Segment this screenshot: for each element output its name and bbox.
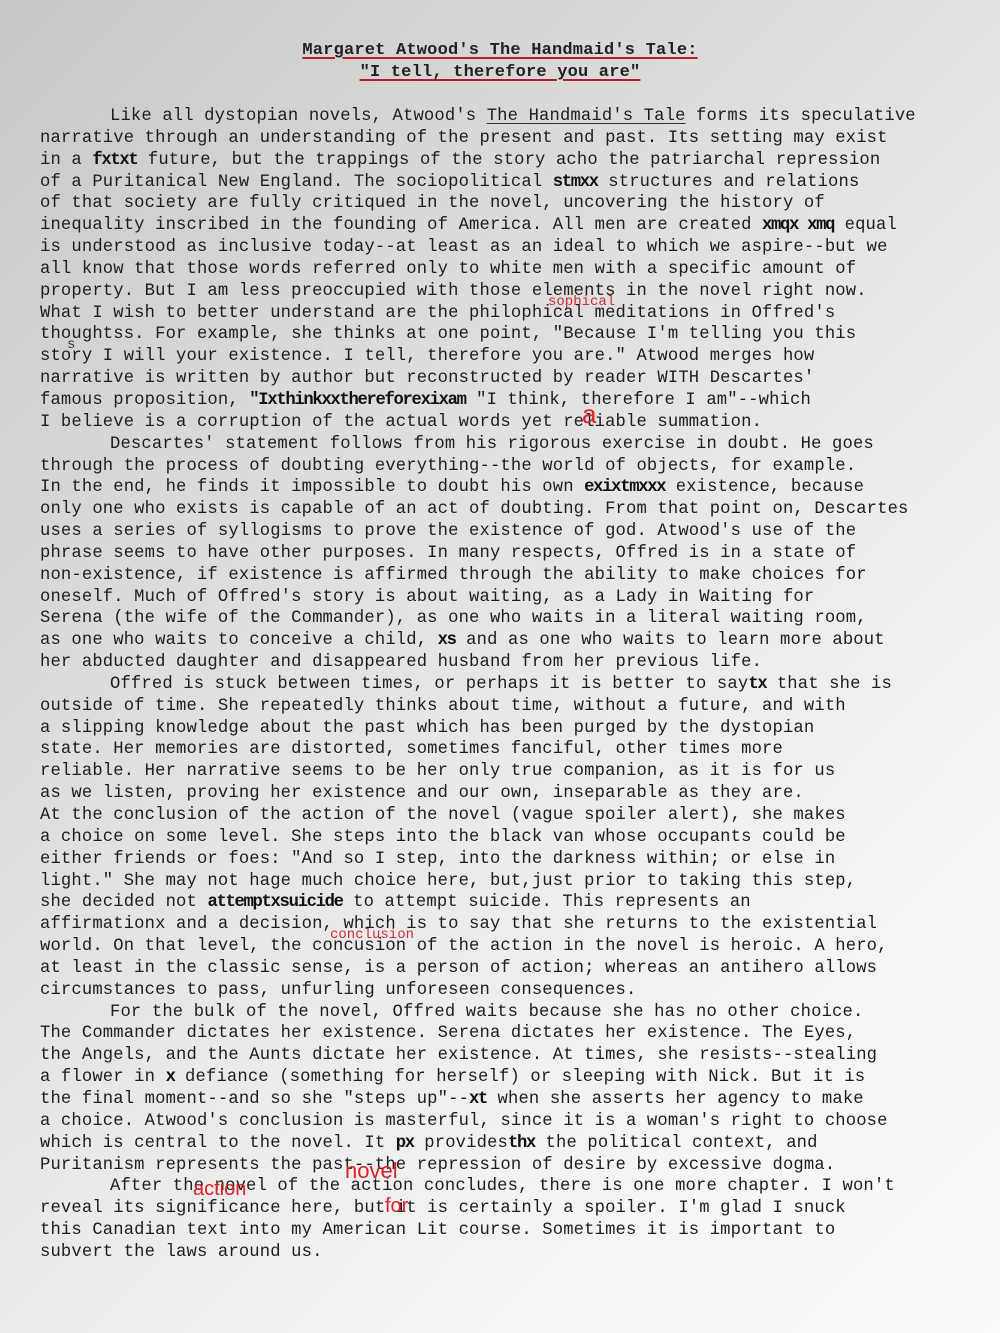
text-segment: circumstances to pass, unfurling unfores… xyxy=(40,981,636,1000)
text-segment: structures and relations xyxy=(598,173,860,192)
text-segment: For the bulk of the novel, Offred waits … xyxy=(110,1003,863,1022)
text-segment: Serena (the wife of the Commander), as o… xyxy=(40,609,867,628)
text-line: uses a series of syllogisms to prove the… xyxy=(40,521,980,543)
text-segment: inequality inscribed in the founding of … xyxy=(40,216,762,235)
text-line: What I wish to better understand are the… xyxy=(40,303,980,325)
text-segment: only one who exists is capable of an act… xyxy=(40,500,909,519)
text-segment: as one who waits to conceive a child, xyxy=(40,631,438,650)
text-segment: narrative through an understanding of th… xyxy=(40,129,888,148)
text-line: narrative through an understanding of th… xyxy=(40,128,980,150)
text-line: oneself. Much of Offred's story is about… xyxy=(40,587,980,609)
text-segment: At the conclusion of the action of the n… xyxy=(40,806,846,825)
text-line: world. On that level, the concusion of t… xyxy=(40,936,980,958)
text-segment: when she asserts her agency to make xyxy=(487,1090,864,1109)
text-segment: of that society are fully critiqued in t… xyxy=(40,194,825,213)
text-segment: world. On that level, the concusion of t… xyxy=(40,937,888,956)
text-line: The Commander dictates her existence. Se… xyxy=(40,1023,980,1045)
text-segment: the final moment--and so she "steps up"-… xyxy=(40,1090,469,1109)
text-segment: property. But I am less preoccupied with… xyxy=(40,282,867,301)
text-line: Offred is stuck between times, or perhap… xyxy=(40,674,980,696)
text-line: subvert the laws around us. xyxy=(40,1242,980,1264)
struck-out-text: xs xyxy=(438,631,456,650)
struck-out-text: stmxx xyxy=(553,173,598,192)
text-line: property. But I am less preoccupied with… xyxy=(40,281,980,303)
text-line: state. Her memories are distorted, somet… xyxy=(40,739,980,761)
text-segment: this Canadian text into my American Lit … xyxy=(40,1221,835,1240)
typed-page: Margaret Atwood's The Handmaid's Tale: "… xyxy=(0,0,1000,1333)
text-segment: phrase seems to have other purposes. In … xyxy=(40,544,856,563)
text-line: circumstances to pass, unfurling unfores… xyxy=(40,980,980,1002)
text-line: she decided not attemptxsuicide to attem… xyxy=(40,892,980,914)
text-line: phrase seems to have other purposes. In … xyxy=(40,543,980,565)
text-segment: equal xyxy=(834,216,897,235)
text-line: of that society are fully critiqued in t… xyxy=(40,193,980,215)
text-segment: in a xyxy=(40,151,92,170)
text-line: her abducted daughter and disappeared hu… xyxy=(40,652,980,674)
text-line: of a Puritanical New England. The sociop… xyxy=(40,172,980,194)
text-line: outside of time. She repeatedly thinks a… xyxy=(40,696,980,718)
text-line: light." She may not hage much choice her… xyxy=(40,871,980,893)
text-segment: is understood as inclusive today--at lea… xyxy=(40,238,888,257)
text-line: story I will your existence. I tell, the… xyxy=(40,346,980,368)
title-block: Margaret Atwood's The Handmaid's Tale: "… xyxy=(0,40,1000,84)
struck-out-text: exixtmxxx xyxy=(584,478,665,497)
text-segment: What I wish to better understand are the… xyxy=(40,304,835,323)
text-segment: story I will your existence. I tell, the… xyxy=(40,347,814,366)
text-segment: the Angels, and the Aunts dictate her ex… xyxy=(40,1046,877,1065)
text-segment: "I think, therefore I am"--which xyxy=(466,391,811,410)
text-segment: In the end, he finds it impossible to do… xyxy=(40,478,584,497)
text-line: as we listen, proving her existence and … xyxy=(40,783,980,805)
text-segment: of a Puritanical New England. The sociop… xyxy=(40,173,553,192)
text-line: At the conclusion of the action of the n… xyxy=(40,805,980,827)
text-segment: I believe is a corruption of the actual … xyxy=(40,413,762,432)
struck-out-text: xt xyxy=(469,1090,487,1109)
text-line: inequality inscribed in the founding of … xyxy=(40,215,980,237)
text-segment: as we listen, proving her existence and … xyxy=(40,784,804,803)
text-segment: either friends or foes: "And so I step, … xyxy=(40,850,835,869)
essay-body: Like all dystopian novels, Atwood's The … xyxy=(40,106,980,1264)
text-segment: future, but the trappings of the story a… xyxy=(137,151,880,170)
text-line: in a fxtxt future, but the trappings of … xyxy=(40,150,980,172)
struck-out-text: "Ixthinkxxthereforexixam xyxy=(249,391,465,410)
text-segment: the political context, and xyxy=(535,1134,818,1153)
text-segment: all know that those words referred only … xyxy=(40,260,856,279)
text-segment: forms its speculative xyxy=(686,107,916,126)
text-line: is understood as inclusive today--at lea… xyxy=(40,237,980,259)
text-line: a flower in x defiance (something for he… xyxy=(40,1067,980,1089)
text-line: all know that those words referred only … xyxy=(40,259,980,281)
text-segment: existence, because xyxy=(665,478,864,497)
essay-subtitle: "I tell, therefore you are" xyxy=(0,62,1000,84)
text-line: only one who exists is capable of an act… xyxy=(40,499,980,521)
annotation-action: action xyxy=(193,1179,246,1199)
text-segment: reliable. Her narrative seems to be her … xyxy=(40,762,835,781)
struck-out-text: px xyxy=(396,1134,414,1153)
text-line: a choice on some level. She steps into t… xyxy=(40,827,980,849)
text-segment: thoughtss. For example, she thinks at on… xyxy=(40,325,856,344)
text-line: which is central to the novel. It px pro… xyxy=(40,1133,980,1155)
text-segment: Puritanism represents the past--the repr… xyxy=(40,1156,835,1175)
text-segment: subvert the laws around us. xyxy=(40,1243,323,1262)
text-segment: state. Her memories are distorted, somet… xyxy=(40,740,783,759)
text-segment: narrative is written by author but recon… xyxy=(40,369,814,388)
text-segment: Offred is stuck between times, or perhap… xyxy=(110,675,748,694)
text-line: at least in the classic sense, is a pers… xyxy=(40,958,980,980)
text-line: a slipping knowledge about the past whic… xyxy=(40,718,980,740)
struck-out-text: tx xyxy=(748,675,766,694)
text-segment: and as one who waits to learn more about xyxy=(456,631,885,650)
text-line: the final moment--and so she "steps up"-… xyxy=(40,1089,980,1111)
text-segment: a choice on some level. She steps into t… xyxy=(40,828,846,847)
text-line: I believe is a corruption of the actual … xyxy=(40,412,980,434)
text-line: non-existence, if existence is affirmed … xyxy=(40,565,980,587)
text-segment: her abducted daughter and disappeared hu… xyxy=(40,653,762,672)
annotation-sophical: sophical xyxy=(548,295,615,309)
text-segment: affirmationx and a decision, which is to… xyxy=(40,915,877,934)
struck-out-text: attemptxsuicide xyxy=(207,893,342,912)
text-line: thoughtss. For example, she thinks at on… xyxy=(40,324,980,346)
annotation-for: for xyxy=(385,1196,408,1216)
text-line: In the end, he finds it impossible to do… xyxy=(40,477,980,499)
text-line: Descartes' statement follows from his ri… xyxy=(40,434,980,456)
text-line: through the process of doubting everythi… xyxy=(40,456,980,478)
text-segment: a flower in xyxy=(40,1068,166,1087)
text-segment: that she is xyxy=(766,675,892,694)
text-line: the Angels, and the Aunts dictate her ex… xyxy=(40,1045,980,1067)
text-line: narrative is written by author but recon… xyxy=(40,368,980,390)
text-segment: famous proposition, xyxy=(40,391,249,410)
struck-out-text: xmqx xmq xyxy=(762,216,834,235)
text-line: For the bulk of the novel, Offred waits … xyxy=(40,1002,980,1024)
underlined-title: The Handmaid's Tale xyxy=(487,107,686,126)
text-line: famous proposition, "Ixthinkxxthereforex… xyxy=(40,390,980,412)
text-segment: non-existence, if existence is affirmed … xyxy=(40,566,867,585)
text-segment: light." She may not hage much choice her… xyxy=(40,872,856,891)
text-segment: Like all dystopian novels, Atwood's xyxy=(110,107,487,126)
text-segment: outside of time. She repeatedly thinks a… xyxy=(40,697,846,716)
text-line: Like all dystopian novels, Atwood's The … xyxy=(40,106,980,128)
text-segment: to attempt suicide. This represents an xyxy=(343,893,751,912)
text-segment: a slipping knowledge about the past whic… xyxy=(40,719,814,738)
text-segment: oneself. Much of Offred's story is about… xyxy=(40,588,814,607)
text-line: affirmationx and a decision, which is to… xyxy=(40,914,980,936)
text-segment: at least in the classic sense, is a pers… xyxy=(40,959,877,978)
annotation-s: s xyxy=(67,338,75,352)
text-line: reveal its significance here, but it is … xyxy=(40,1198,980,1220)
struck-out-text: thx xyxy=(508,1134,535,1153)
text-segment: uses a series of syllogisms to prove the… xyxy=(40,522,856,541)
text-segment: The Commander dictates her existence. Se… xyxy=(40,1024,856,1043)
text-segment: Descartes' statement follows from his ri… xyxy=(110,435,874,454)
annotation-a: a xyxy=(582,401,596,427)
annotation-conclusion: conclusion xyxy=(330,928,414,942)
text-line: as one who waits to conceive a child, xs… xyxy=(40,630,980,652)
text-line: a choice. Atwood's conclusion is masterf… xyxy=(40,1111,980,1133)
text-segment: she decided not xyxy=(40,893,207,912)
text-line: either friends or foes: "And so I step, … xyxy=(40,849,980,871)
struck-out-text: fxtxt xyxy=(92,151,137,170)
text-line: After the novel of the action concludes,… xyxy=(40,1176,980,1198)
text-segment: which is central to the novel. It xyxy=(40,1134,396,1153)
text-segment: a choice. Atwood's conclusion is masterf… xyxy=(40,1112,888,1131)
text-segment: defiance (something for herself) or slee… xyxy=(175,1068,866,1087)
annotation-novel: novel xyxy=(345,1160,398,1182)
text-segment: provides xyxy=(414,1134,508,1153)
text-line: reliable. Her narrative seems to be her … xyxy=(40,761,980,783)
struck-out-text: x xyxy=(166,1068,175,1087)
text-line: Puritanism represents the past--the repr… xyxy=(40,1155,980,1177)
text-segment: through the process of doubting everythi… xyxy=(40,457,856,476)
text-line: Serena (the wife of the Commander), as o… xyxy=(40,608,980,630)
essay-title: Margaret Atwood's The Handmaid's Tale: xyxy=(0,40,1000,62)
text-segment: reveal its significance here, but it is … xyxy=(40,1199,846,1218)
text-line: this Canadian text into my American Lit … xyxy=(40,1220,980,1242)
